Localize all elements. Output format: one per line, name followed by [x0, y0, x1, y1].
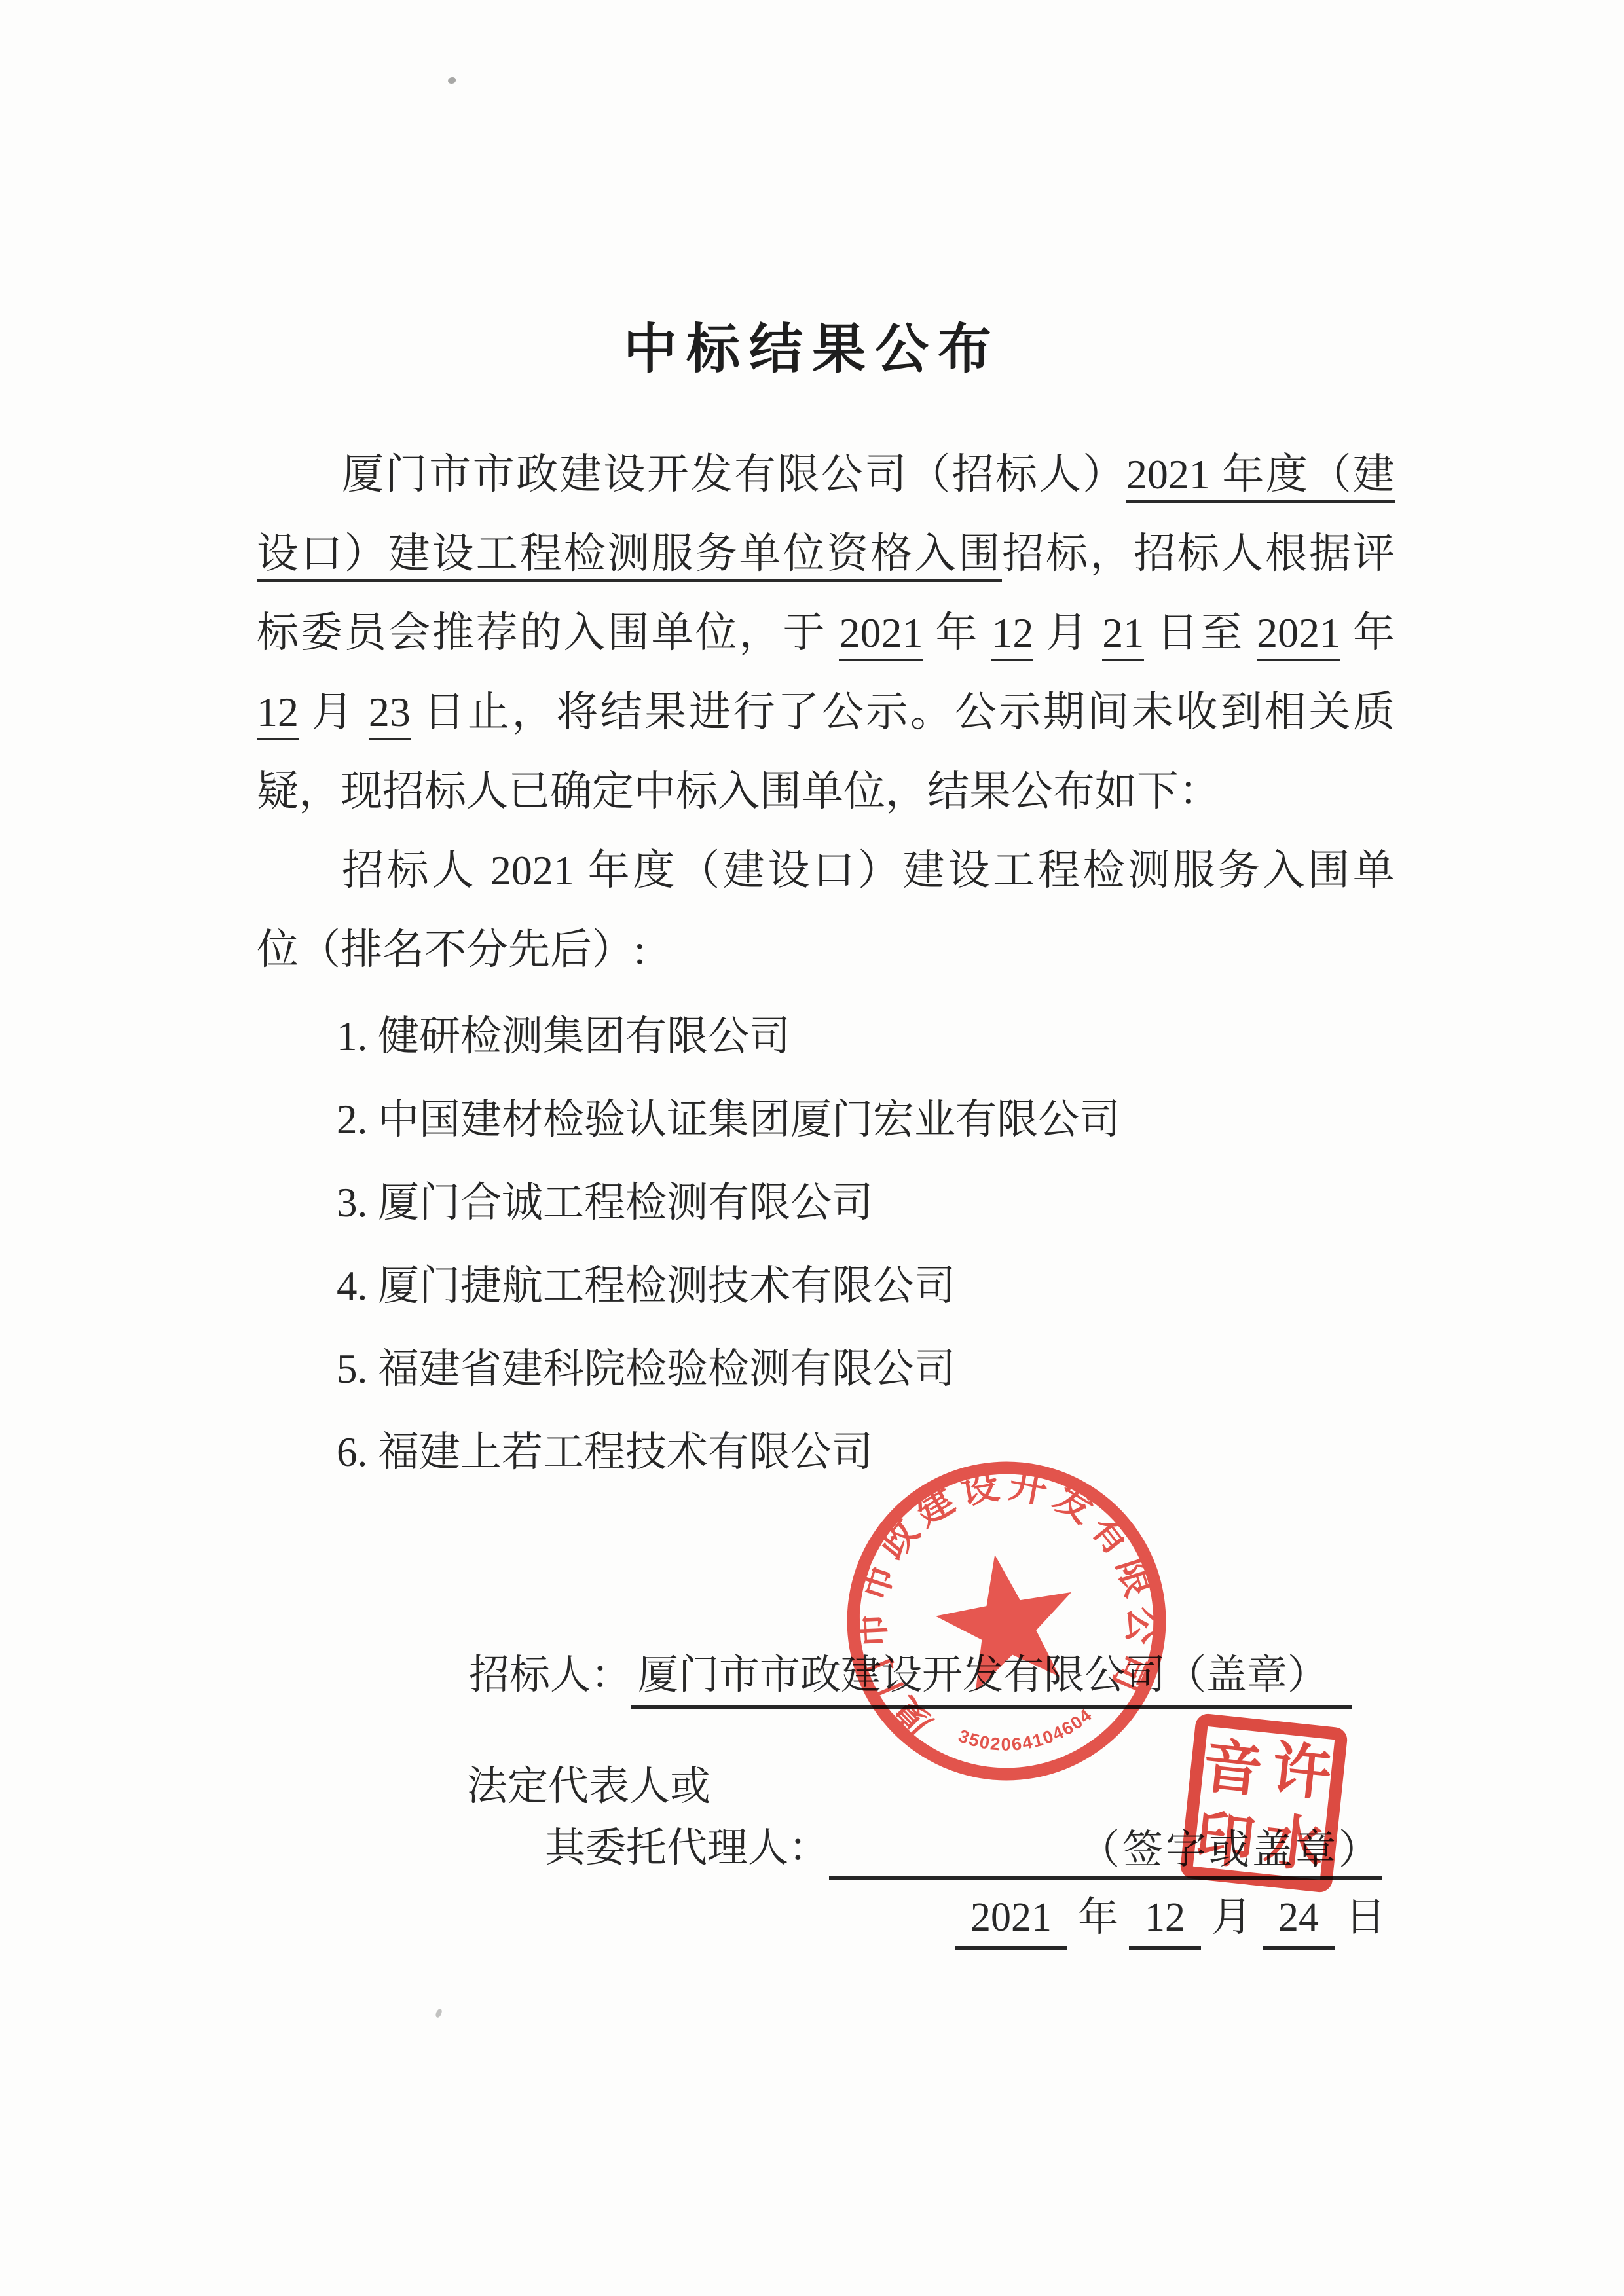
line-text: 招标人 2021 年度（建设口）建设工程检测服务入围单 [257, 847, 1395, 894]
personal-seal-stamp: 音 许 印 水 [1178, 1711, 1349, 1894]
paragraph-line-2: 设口）建设工程检测服务单位资格入围招标，招标人根据评 [257, 514, 1395, 593]
seal-char-bottom-right: 水 [1261, 1809, 1327, 1880]
line-text: 月 [1033, 610, 1102, 656]
winner-list: 1. 健研检测集团有限公司 2. 中国建材检验认证集团厦门宏业有限公司 3. 厦… [337, 995, 1120, 1494]
winner-list-item: 3. 厦门合诚工程检测有限公司 [337, 1161, 1120, 1245]
date-month: 12 [1129, 1895, 1201, 1950]
scanned-document-page: 中标结果公布 厦门市市政建设开发有限公司（招标人）2021 年度（建 设口）建设… [0, 0, 1624, 2296]
date-day-unit: 日 [1345, 1895, 1386, 1940]
winner-list-item: 5. 福建省建科院检验检测有限公司 [337, 1328, 1120, 1411]
paragraph-line-1: 厦门市市政建设开发有限公司（招标人）2021 年度（建 [257, 435, 1395, 514]
underlined-date-part: 12 [257, 689, 299, 740]
paragraph-line-3: 标委员会推荐的入围单位，于 2021 年 12 月 21 日至 2021 年 [257, 593, 1395, 672]
paragraph-line-7: 位（排名不分先后）: [257, 910, 1395, 989]
star-icon [927, 1542, 1086, 1696]
seal-char-top-left: 音 [1200, 1734, 1265, 1805]
underlined-date-part: 2021 [1257, 610, 1340, 661]
page-title: 中标结果公布 [0, 306, 1624, 383]
underlined-date-part: 2021 [839, 610, 923, 661]
date-day: 24 [1263, 1895, 1335, 1950]
date-year-unit: 年 [1078, 1895, 1118, 1940]
winner-list-item: 4. 厦门捷航工程检测技术有限公司 [337, 1245, 1120, 1328]
line-text: 日止，将结果进行了公示。公示期间未收到相关质 [411, 689, 1395, 735]
line-text: 厦门市市政建设开发有限公司（招标人） [257, 451, 1126, 498]
winner-list-item: 2. 中国建材检验认证集团厦门宏业有限公司 [337, 1078, 1120, 1161]
legal-representative-line: 法定代表人或 [467, 1753, 710, 1812]
underlined-date-part: 12 [991, 610, 1033, 661]
underlined-text: 2021 年度（建 [1126, 451, 1395, 503]
date-year: 2021 [955, 1895, 1067, 1950]
line-text: 月 [299, 689, 369, 735]
line-text: 年 [923, 610, 991, 656]
scan-speck [448, 77, 456, 84]
seal-char-bottom-left: 印 [1192, 1806, 1258, 1876]
agent-label: 其委托代理人： [545, 1815, 829, 1880]
winner-list-item: 1. 健研检测集团有限公司 [337, 995, 1120, 1078]
bidder-label: 招标人： [469, 1653, 631, 1698]
underlined-date-part: 23 [369, 689, 411, 740]
line-text: 招标，招标人根据评 [1002, 530, 1395, 577]
company-seal-stamp: 厦门市市政建设开发有限公司 3502064104604 [815, 1430, 1198, 1812]
paragraph-line-6: 招标人 2021 年度（建设口）建设工程检测服务入围单 [257, 831, 1395, 910]
seal-char-top-right: 许 [1268, 1738, 1334, 1808]
date-month-unit: 月 [1211, 1895, 1252, 1940]
announcement-paragraph: 厦门市市政建设开发有限公司（招标人）2021 年度（建 设口）建设工程检测服务单… [257, 435, 1395, 989]
date-line: 2021年12月24日 [951, 1884, 1392, 1950]
paragraph-line-5: 疑，现招标人已确定中标入围单位，结果公布如下： [257, 752, 1395, 831]
paragraph-line-4: 12 月 23 日止，将结果进行了公示。公示期间未收到相关质 [257, 672, 1395, 752]
line-text: 标委员会推荐的入围单位，于 [257, 610, 839, 656]
line-text: 年 [1340, 610, 1395, 656]
underlined-date-part: 21 [1102, 610, 1144, 661]
underlined-text: 设口）建设工程检测服务单位资格入围 [257, 530, 1002, 582]
line-text: 日至 [1144, 610, 1257, 656]
scan-speck [435, 2008, 443, 2018]
